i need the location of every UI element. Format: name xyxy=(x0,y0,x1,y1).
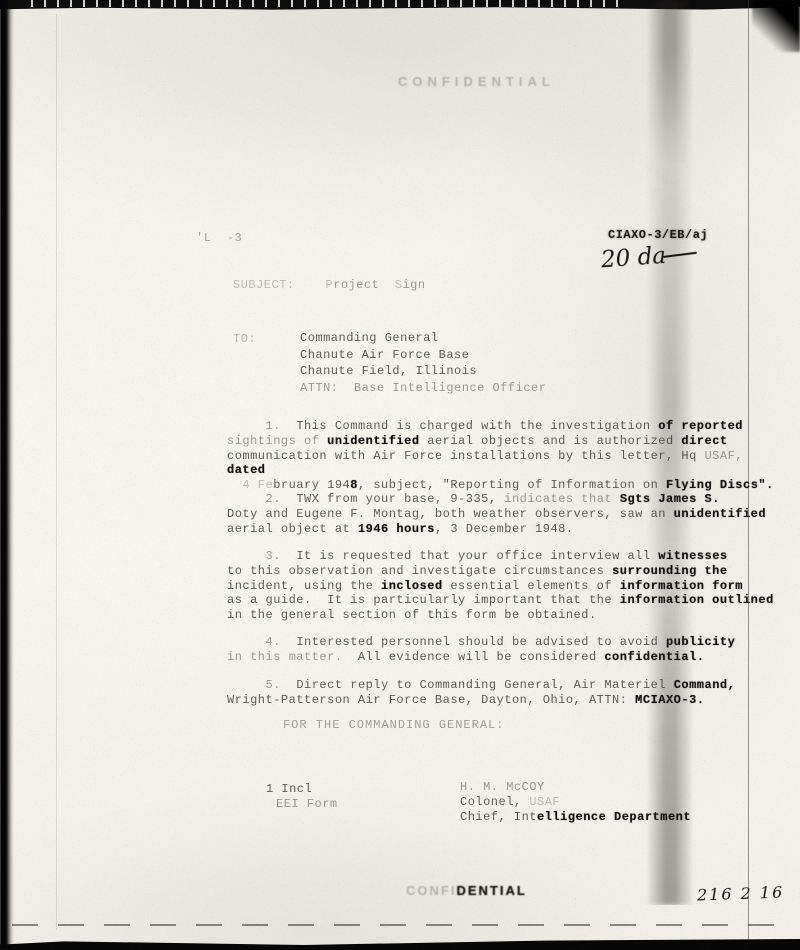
file-reference-left: 'L -3 xyxy=(196,231,242,246)
address-line-2: Chanute Air Force Base xyxy=(300,347,546,364)
closing-line: FOR THE COMMANDING GENERAL: xyxy=(283,718,504,733)
scan-edge-bottom xyxy=(0,938,800,950)
scan-faint-line-left xyxy=(56,14,57,930)
paragraph-5: 5. Direct reply to Commanding General, A… xyxy=(227,678,789,708)
scan-edge-left xyxy=(0,0,14,950)
scan-edge-top-striation xyxy=(26,0,626,7)
scan-dashed-line-bottom xyxy=(12,924,792,926)
signature-rank: Colonel, USAF xyxy=(460,795,691,810)
handwritten-note-text: 20 da xyxy=(600,243,667,273)
signature-block: H. M. McCOY Colonel, USAF Chief, Intelli… xyxy=(460,780,691,824)
enclosure-count: 1 Incl xyxy=(266,782,338,797)
enclosure-block: 1 Incl EEI Form xyxy=(266,782,338,812)
subject-line: SUBJECT: Project Sign xyxy=(233,278,426,293)
scan-corner-top-right xyxy=(752,0,800,52)
handwritten-page-number: 216 2 16 xyxy=(697,882,785,904)
paragraph-3: 3. It is requested that your office inte… xyxy=(227,549,789,623)
address-line-1: Commanding General xyxy=(300,330,546,347)
signature-title: Chief, Intelligence Department xyxy=(460,810,691,825)
paragraph-2: 2. TWX from your base, 9-335, indicates … xyxy=(227,492,789,536)
scanned-document-page: CONFIDENTIAL 'L -3 CIAXO-3/EB/aj 20 da S… xyxy=(0,0,800,950)
paragraph-4: 4. Interested personnel should be advise… xyxy=(227,635,789,665)
address-line-3: Chanute Field, Illinois xyxy=(300,363,546,380)
address-block: Commanding General Chanute Air Force Bas… xyxy=(300,330,546,396)
signature-name: H. M. McCOY xyxy=(460,780,691,795)
paragraph-1: 1. This Command is charged with the inve… xyxy=(227,419,789,493)
to-label: TO: xyxy=(233,332,256,347)
address-line-4: ATTN: Base Intelligence Officer xyxy=(300,380,546,397)
classification-stamp-bottom: CONFIDENTIAL xyxy=(406,883,527,898)
enclosure-item: EEI Form xyxy=(276,797,338,812)
handwriting-tail xyxy=(663,252,697,258)
classification-stamp-top: CONFIDENTIAL xyxy=(398,74,555,89)
